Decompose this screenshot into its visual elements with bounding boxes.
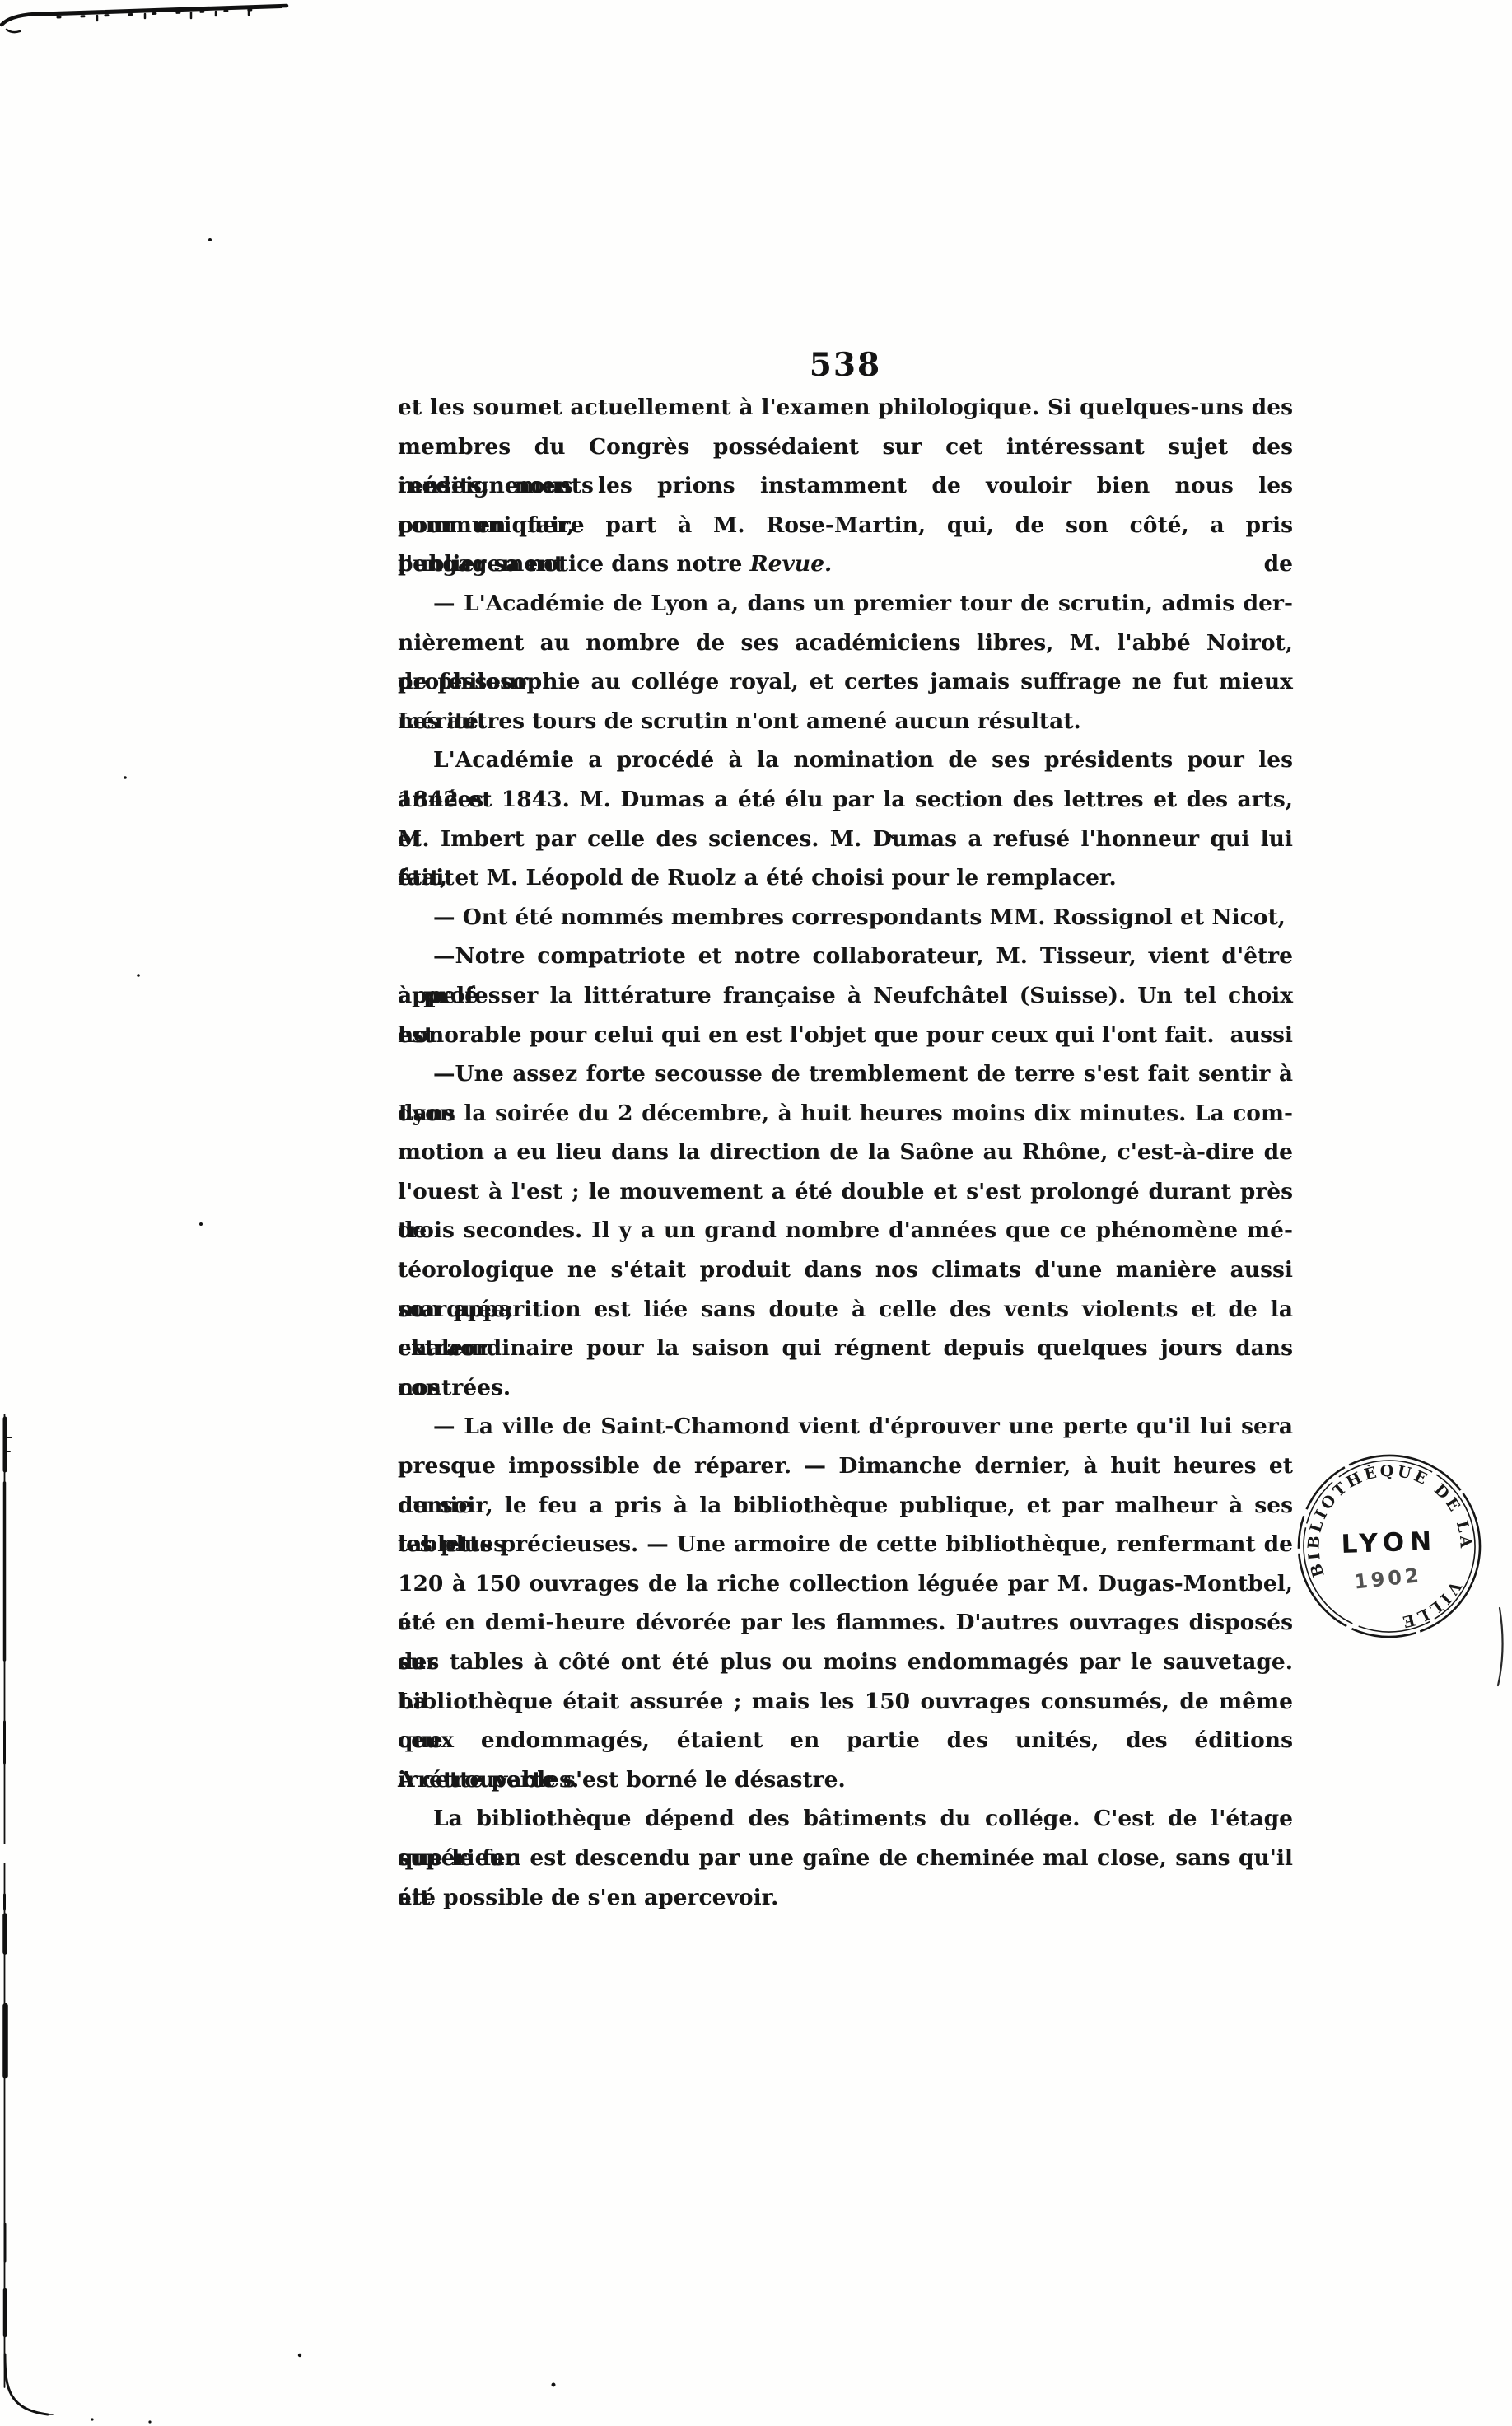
text-line: que le feu est descendu par une gaîne de… [398,1839,1293,1878]
text-line: et les soumet actuellement à l'examen ph… [398,388,1293,428]
text-line: honorable pour celui qui en est l'objet … [398,1016,1293,1055]
text-line: ceux endommagés, étaient en partie des u… [398,1721,1293,1760]
text-line: inédits, nous les prions instamment de v… [398,466,1293,506]
paragraph: — La ville de Saint-Chamond vient d'épro… [398,1407,1293,1799]
stamp-city-text: LYON [1341,1526,1438,1559]
paragraph: et les soumet actuellement à l'examen ph… [398,388,1293,584]
text-line: téorologique ne s'était produit dans nos… [398,1250,1293,1290]
paragraph: — Ont été nommés membres correspondants … [398,898,1293,937]
paragraph: La bibliothèque dépend des bâtiments du … [398,1799,1293,1917]
text-line: — La ville de Saint-Chamond vient d'épro… [398,1407,1293,1447]
text-line: La bibliothèque dépend des bâtiments du … [398,1799,1293,1839]
paragraph: L'Académie a procédé à la nomination de … [398,741,1293,897]
text-line: bibliothèque était assurée ; mais les 15… [398,1682,1293,1722]
text-line: 1842 et 1843. M. Dumas a été élu par la … [398,780,1293,820]
stamp-ring-text-top: BIBLIOTHÈQUE DE LA [1294,1450,1477,1579]
text-line: nièrement au nombre de ses académiciens … [398,624,1293,663]
scanned-page: 538 et les soumet actuellement à l'exame… [0,0,1512,2426]
edge-mark-right [1498,1608,1503,1685]
text-line: trois secondes. Il y a un grand nombre d… [398,1211,1293,1250]
text-line: été en demi-heure dévorée par les flamme… [398,1603,1293,1643]
text-line: motion a eu lieu dans la direction de la… [398,1133,1293,1172]
text-line: Les autres tours de scrutin n'ont amené … [398,702,1293,741]
text-block: et les soumet actuellement à l'examen ph… [398,388,1293,1917]
text-line: du soir, le feu a pris à la bibliothèque… [398,1486,1293,1526]
torn-edge-top [2,6,287,25]
page-number: 538 [398,346,1293,384]
text-line: —Une assez forte secousse de tremblement… [398,1054,1293,1094]
paragraph: — L'Académie de Lyon a, dans un premier … [398,584,1293,741]
text-line: fait, et M. Léopold de Ruolz a été chois… [398,858,1293,898]
text-line: son apparition est liée sans doute à cel… [398,1290,1293,1330]
text-line: de philosophie au collége royal, et cert… [398,662,1293,702]
text-line: 120 à 150 ouvrages de la riche collectio… [398,1564,1293,1604]
paragraph: —Notre compatriote et notre collaborateu… [398,937,1293,1054]
text-line: L'Académie a procédé à la nomination de … [398,741,1293,780]
text-line: —Notre compatriote et notre collaborateu… [398,937,1293,976]
text-line: M. Imbert par celle des sciences. M. Dum… [398,820,1293,859]
text-line: presque impossible de réparer. — Dimanch… [398,1447,1293,1486]
text-line: — L'Académie de Lyon a, dans un premier … [398,584,1293,624]
left-edge-line [5,1414,60,2414]
library-stamp: BIBLIOTHÈQUE DE LA VILLE LYON 1902 [1286,1443,1492,1649]
text-line: pour en faire part à M. Rose-Martin, qui… [398,506,1293,545]
text-line: été possible de s'en apercevoir. [398,1878,1293,1918]
stamp-year-text: 1902 [1353,1564,1423,1594]
text-line: l'ouest à l'est ; le mouvement a été dou… [398,1172,1293,1212]
text-line: — Ont été nommés membres correspondants … [398,898,1293,937]
text-line: les plus précieuses. — Une armoire de ce… [398,1525,1293,1564]
text-line: membres du Congrès possédaient sur cet i… [398,428,1293,467]
text-line: A cette perte s'est borné le désastre. [398,1760,1293,1800]
text-line: extraordinaire pour la saison qui régnen… [398,1329,1293,1368]
text-line: des tables à côté ont été plus ou moins … [398,1643,1293,1682]
text-line: contrées. [398,1368,1293,1408]
text-line: dans la soirée du 2 décembre, à huit heu… [398,1094,1293,1134]
text-line: à professer la littérature française à N… [398,976,1293,1016]
paragraph: —Une assez forte secousse de tremblement… [398,1054,1293,1407]
